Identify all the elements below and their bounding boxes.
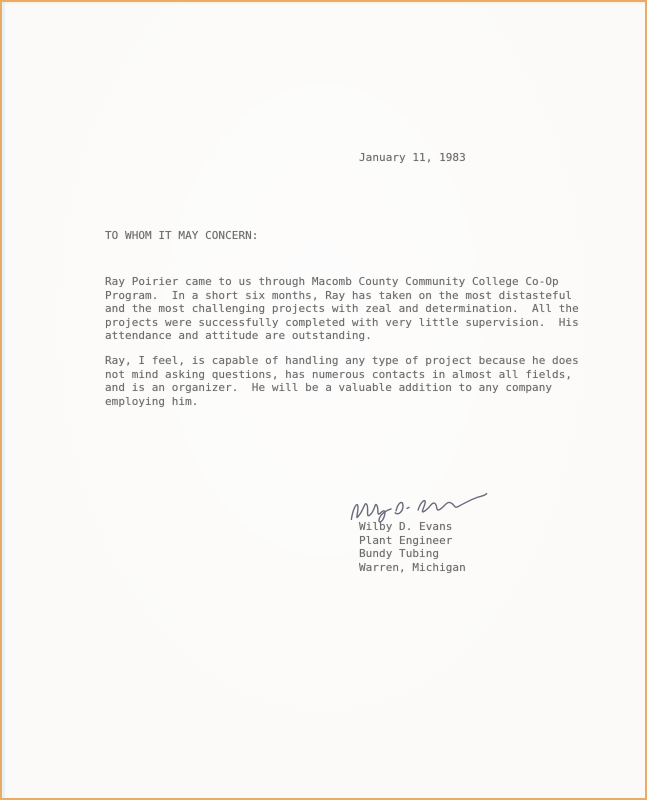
letter-page: January 11, 1983 TO WHOM IT MAY CONCERN:…	[0, 0, 647, 800]
letter-date: January 11, 1983	[359, 151, 466, 165]
signature-block: Wilby D. Evans Plant Engineer Bundy Tubi…	[359, 520, 466, 574]
body-paragraph-1: Ray Poirier came to us through Macomb Co…	[105, 275, 579, 343]
body-paragraph-2: Ray, I feel, is capable of handling any …	[105, 354, 579, 408]
salutation: TO WHOM IT MAY CONCERN:	[105, 229, 258, 243]
